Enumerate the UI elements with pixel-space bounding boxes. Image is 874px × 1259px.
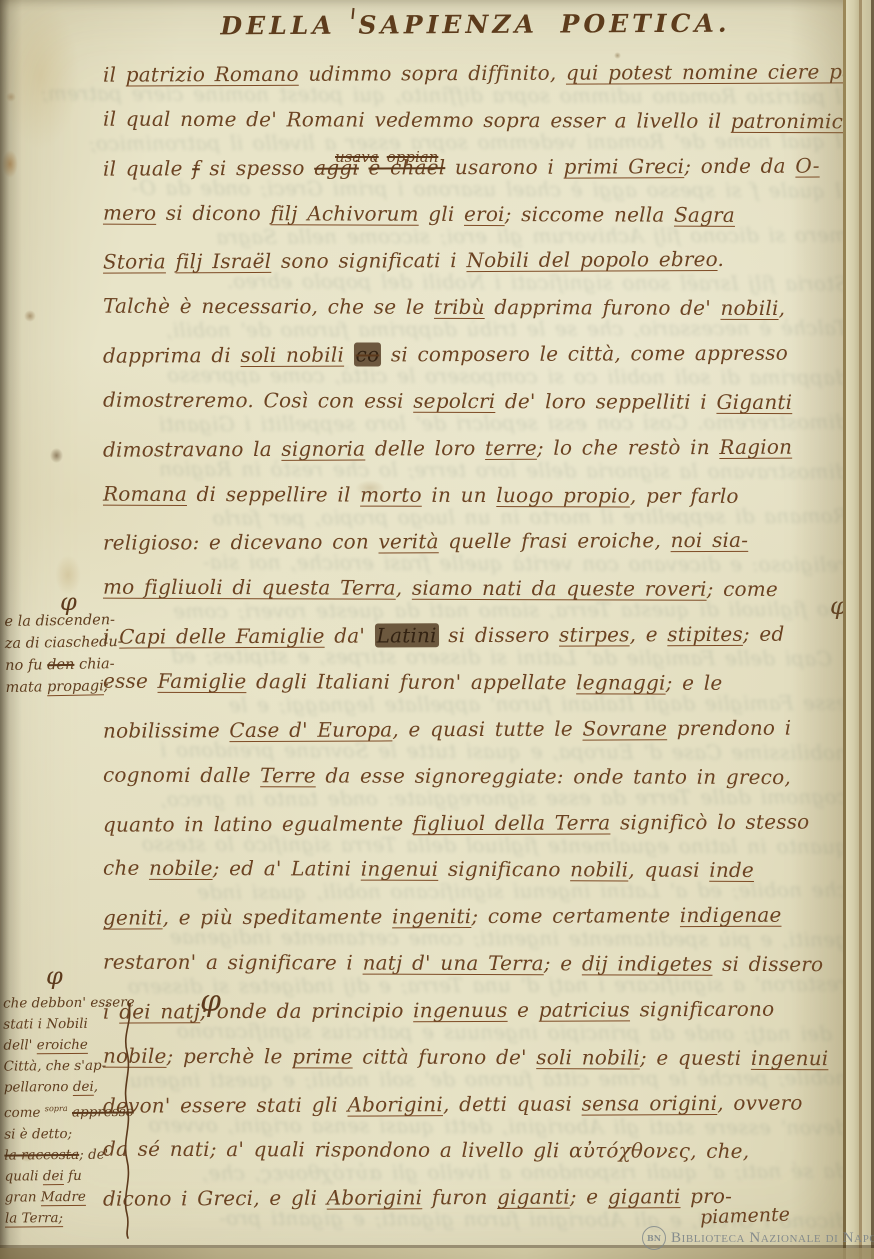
manuscript-line: i Capi delle Famiglie da' Latini si diss… (103, 610, 863, 660)
manuscript-line: dimostreremo. Così con essi sepolcri de'… (103, 377, 863, 426)
margin-note-line: si è detto; (4, 1123, 136, 1145)
manuscript-line: mero si dicono filj Achivorum gli eroi; … (103, 189, 863, 238)
margin-note-line: la raccosta; de' (4, 1144, 136, 1166)
manuscript-line: dapprima di soli nobili co si composero … (103, 329, 863, 379)
manuscript-line: nobilissime Case d' Europa, e quasi tutt… (103, 704, 863, 754)
page-edge-shadow (790, 0, 843, 1259)
manuscript-line: religioso: e dicevano con verità quelle … (103, 517, 863, 567)
margin-note-line: la Terra; (5, 1207, 137, 1229)
manuscript-line: Talchè è necessario, che se le tribù dap… (103, 283, 863, 332)
margin-note-line: pellarono dei, (4, 1076, 136, 1098)
manuscript-line: quanto in latino egualmente figliuol del… (103, 798, 863, 848)
manuscript-line: il quale f si spesso aggi è chael usaron… (103, 142, 863, 192)
manuscript-line: mo figliuoli di questa Terra, siamo nati… (103, 564, 863, 613)
margin-note-line: mata propagi; (5, 675, 123, 699)
library-logo-icon: BN (642, 1226, 666, 1250)
manuscript-line: geniti, e più speditamente ingeniti; com… (103, 892, 863, 942)
page-title: DELLA SAPIENZA POETICA. (103, 8, 848, 41)
manuscript-line: restaron' a significare i natj d' una Te… (103, 939, 863, 988)
underlying-page-edge (846, 0, 859, 1259)
underlying-page-edge (862, 0, 871, 1259)
manuscript-line: il qual nome de' Romani vedemmo sopra es… (103, 96, 863, 145)
manuscript-line: il patrizio Romano udimmo sopra diffinit… (103, 48, 863, 98)
margin-note-line: che debbon' essere (3, 992, 135, 1014)
library-watermark: BN Biblioteca Nazionale di Napoli (642, 1226, 874, 1250)
manuscript-line: esse Famiglie dagli Italiani furon' appe… (103, 658, 863, 707)
foxing-stain (50, 448, 63, 463)
interline-addition: usavaoppian (335, 148, 446, 166)
manuscript-line: cognomi dalle Terre da esse signoreggiat… (103, 751, 863, 800)
margin-note-line: gran Madre (5, 1186, 137, 1208)
margin-note-nobili: che debbon' esserestati i Nobilidell' er… (3, 992, 137, 1229)
margin-note-line: dell' eroiche (3, 1034, 135, 1056)
phi-reference-mark: φ (60, 588, 77, 616)
binding-gutter-shadow (0, 0, 22, 1259)
margin-note-line: no fu den chia- (5, 653, 123, 677)
phi-reference-mark: φ (46, 962, 63, 990)
foxing-stain (24, 310, 36, 322)
margin-note-line: quali dei fu (4, 1165, 136, 1187)
manuscript-page: il patrizio Romano udimmo sopra diffinit… (0, 0, 874, 1259)
manuscript-line: Storia filj Israël sono significati i No… (103, 236, 863, 286)
library-watermark-label: Biblioteca Nazionale di Napoli (671, 1230, 874, 1247)
margin-note-propago: e la discenden-za di ciaschedu-no fu den… (4, 609, 123, 699)
catchword: piamente (700, 1203, 791, 1228)
margin-note-line: stati i Nobili (3, 1013, 135, 1035)
manuscript-line: devon' essere stati gli Aborigini, detti… (103, 1079, 863, 1129)
manuscript-line: Romana di seppellire il morto in un luog… (103, 470, 863, 519)
margin-brace-icon (118, 1000, 136, 1240)
manuscript-line: da sé nati; a' quali rispondono a livell… (103, 1126, 863, 1175)
margin-note-line: za di ciaschedu- (5, 631, 123, 655)
library-monogram: BN (647, 1233, 661, 1243)
manuscript-line: che nobile; ed a' Latini ingenui signifi… (103, 845, 863, 894)
manuscript-line: nobile; perchè le prime città furono de'… (103, 1032, 863, 1081)
margin-note-line: Città, che s'ap- (4, 1055, 136, 1077)
manuscript-line: dimostravano la signoria delle loro terr… (103, 423, 863, 473)
phi-reference-mark: φ (200, 984, 221, 1019)
manuscript-text-block: il patrizio Romano udimmo sopra diffinit… (103, 50, 863, 1221)
margin-note-line: come sopra appresso (4, 1097, 136, 1124)
